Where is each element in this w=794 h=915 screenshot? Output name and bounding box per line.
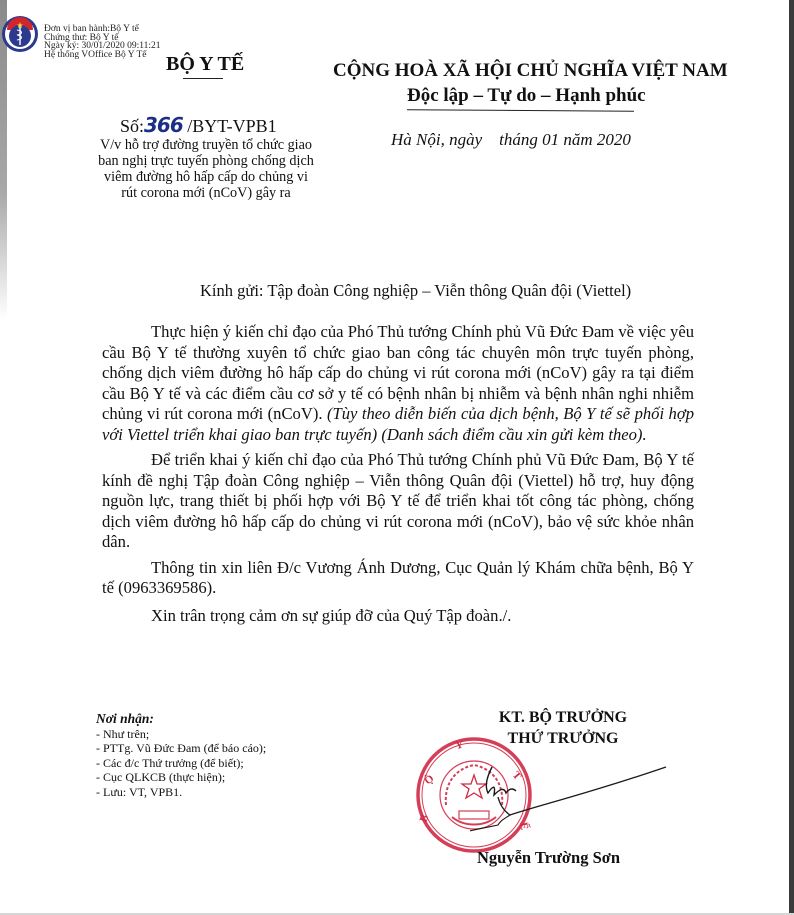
paragraph-1: Thực hiện ý kiến chỉ đạo của Phó Thủ tướ… bbox=[102, 322, 694, 445]
digital-signature-info: Đơn vị ban hành:Bộ Y tế Chứng thư: Bộ Y … bbox=[44, 25, 161, 59]
recipient-line: Kính gửi: Tập đoàn Công nghiệp – Viễn th… bbox=[200, 281, 631, 301]
distribution-item: - PTTg. Vũ Đức Đam (để báo cáo); bbox=[96, 741, 266, 756]
paragraph-3: Thông tin xin liên Đ/c Vương Ánh Dương, … bbox=[102, 558, 694, 599]
number-prefix: Số: bbox=[120, 116, 144, 136]
distribution-item: - Như trên; bbox=[96, 727, 266, 742]
paragraph-2: Để triển khai ý kiến chỉ đạo của Phó Thủ… bbox=[102, 450, 694, 553]
national-motto: Độc lập – Tự do – Hạnh phúc bbox=[407, 85, 646, 107]
handwritten-number: 366 bbox=[144, 113, 183, 137]
signer-name: Nguyễn Trường Sơn bbox=[477, 848, 620, 868]
issuing-agency: BỘ Y TẾ bbox=[166, 53, 244, 76]
handwritten-signature bbox=[470, 765, 670, 845]
document-body: Thực hiện ý kiến chỉ đạo của Phó Thủ tướ… bbox=[102, 322, 694, 626]
system-label: Hệ thống VOffice Bộ Y Tế bbox=[44, 51, 161, 60]
signature-title: KT. BỘ TRƯỞNG THỨ TRƯỞNG bbox=[468, 707, 658, 749]
right-scrollbar-edge bbox=[789, 0, 794, 915]
motto-underline bbox=[407, 109, 634, 112]
document-number: Số:366 /BYT-VPB1 bbox=[120, 113, 277, 137]
closing-line: Xin trân trọng cảm ơn sự giúp đỡ của Quý… bbox=[102, 606, 694, 627]
agency-underline bbox=[183, 78, 223, 79]
distribution-item: - Lưu: VT, VPB1. bbox=[96, 785, 266, 800]
signature-title-line1: KT. BỘ TRƯỞNG bbox=[468, 707, 658, 728]
distribution-item: - Các đ/c Thứ trưởng (để biết); bbox=[96, 756, 266, 771]
document-subject: V/v hỗ trợ đường truyền tổ chức giao ban… bbox=[96, 137, 316, 201]
ministry-of-health-emblem-icon bbox=[1, 15, 39, 53]
distribution-list: Nơi nhận: - Như trên; - PTTg. Vũ Đức Đam… bbox=[96, 712, 266, 799]
place-date: Hà Nội, ngày tháng 01 năm 2020 bbox=[391, 130, 631, 150]
signature-title-line2: THỨ TRƯỞNG bbox=[468, 728, 658, 749]
number-suffix: /BYT-VPB1 bbox=[183, 116, 277, 136]
distribution-item: - Cục QLKCB (thực hiện); bbox=[96, 770, 266, 785]
stamp-letter: B bbox=[418, 812, 432, 824]
distribution-title: Nơi nhận: bbox=[96, 712, 266, 727]
national-title: CỘNG HOÀ XÃ HỘI CHỦ NGHĨA VIỆT NAM bbox=[333, 60, 753, 82]
